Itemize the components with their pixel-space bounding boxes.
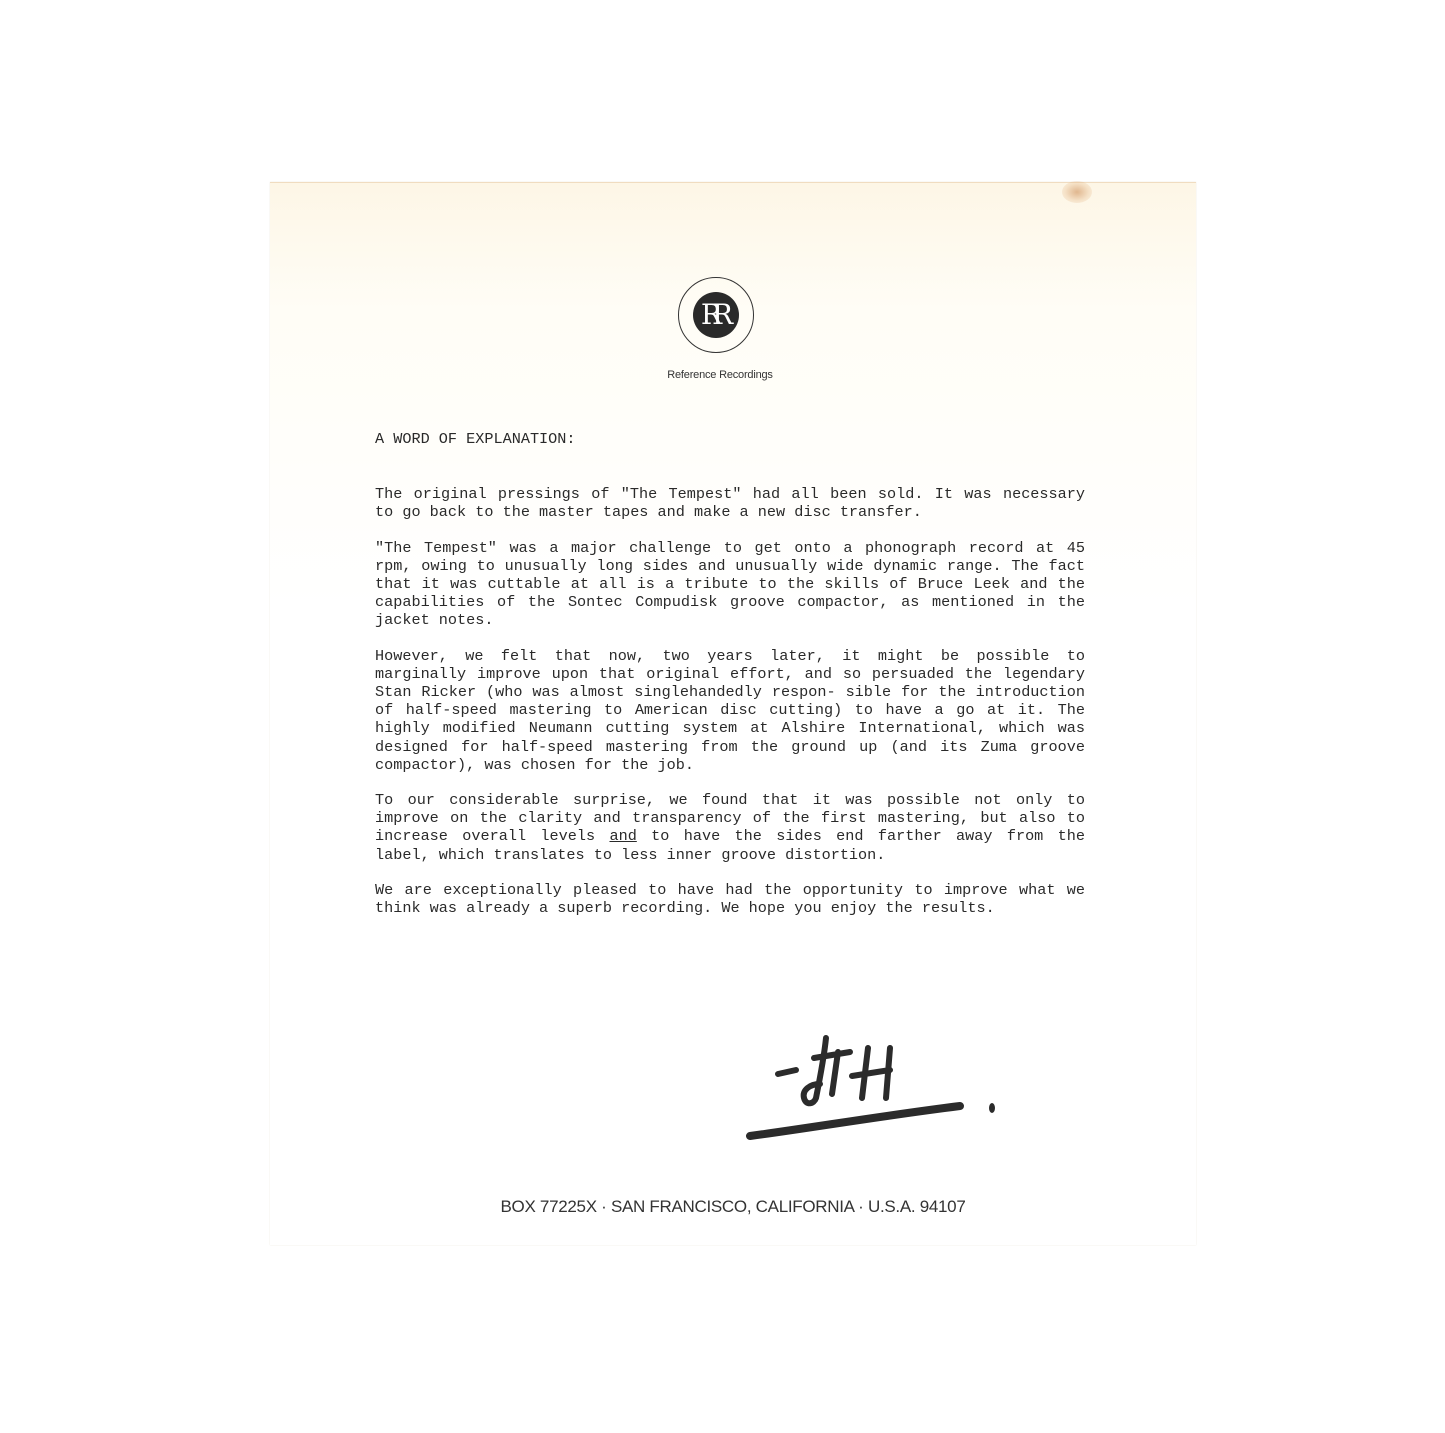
signature-jth: -JTH. [740, 1018, 1000, 1148]
letter-heading: A WORD OF EXPLANATION: [375, 430, 1085, 448]
letter-body: A WORD OF EXPLANATION: The original pres… [375, 430, 1085, 934]
paragraph-5: We are exceptionally pleased to have had… [375, 881, 1085, 917]
company-name: Reference Recordings [610, 369, 830, 381]
paragraph-2: "The Tempest" was a major challenge to g… [375, 539, 1085, 630]
underlined-word: and [609, 827, 636, 845]
reference-recordings-logo: RR [678, 277, 754, 353]
logo-monogram: RR [693, 292, 739, 338]
mailing-address: BOX 77225X · SAN FRANCISCO, CALIFORNIA ·… [420, 1197, 1046, 1217]
letter-page: RR Reference Recordings A WORD OF EXPLAN… [270, 182, 1196, 1245]
paragraph-4: To our considerable surprise, we found t… [375, 791, 1085, 864]
paper-stain [1062, 181, 1092, 203]
paragraph-3: However, we felt that now, two years lat… [375, 647, 1085, 774]
paragraph-1: The original pressings of "The Tempest" … [375, 485, 1085, 521]
